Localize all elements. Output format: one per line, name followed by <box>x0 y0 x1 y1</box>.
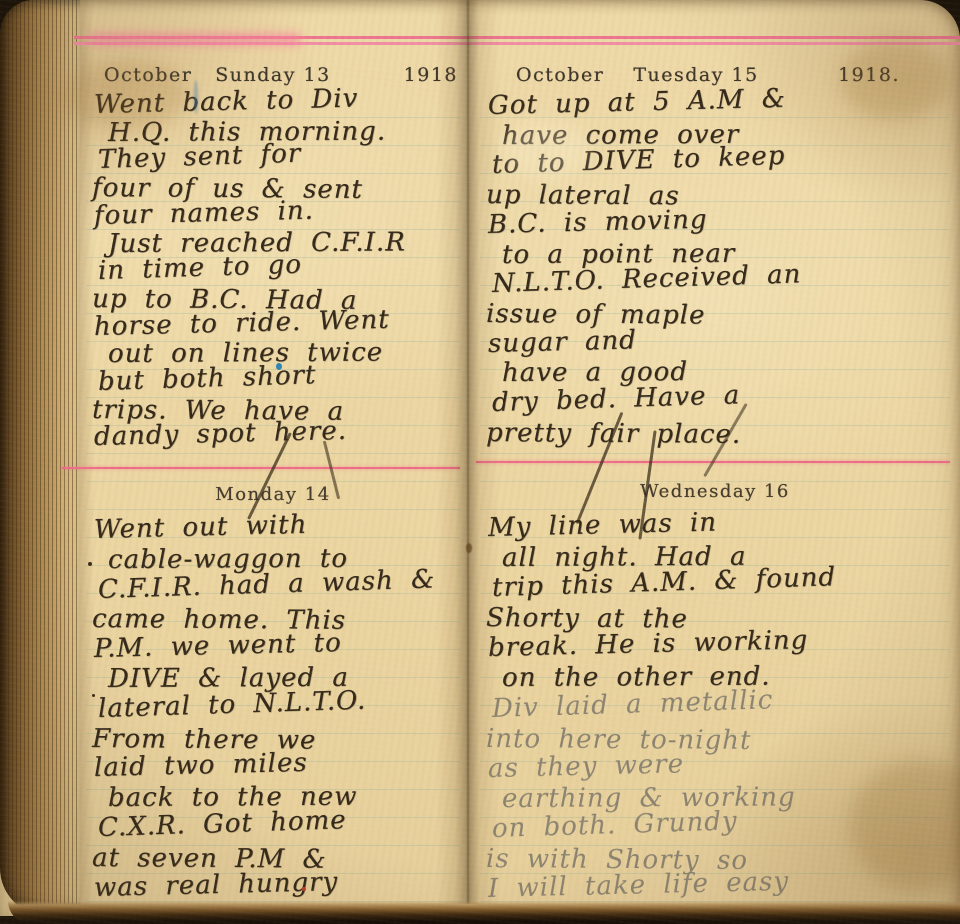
gutter-crease <box>436 0 500 904</box>
month-label: October <box>516 64 604 86</box>
binding-page-stack <box>0 0 80 916</box>
light-patch <box>500 120 590 180</box>
stain <box>60 60 190 130</box>
handwriting-line: four names in. <box>94 194 469 231</box>
stain <box>840 40 950 120</box>
subheader-monday-14: Monday 14 <box>84 484 462 505</box>
ink-dot <box>88 562 92 566</box>
handwriting-line: My line was in <box>488 502 959 544</box>
entry-sunday-13: Went back to DivH.Q. this morning.They s… <box>92 92 468 452</box>
divider-left-page <box>62 467 460 469</box>
handwriting-line: P.M. we went to <box>94 626 469 665</box>
day-label: Tuesday 15 <box>633 64 758 86</box>
red-speck <box>302 887 306 891</box>
blue-smudge <box>194 80 198 114</box>
page-left: October Sunday 13 1918 Went back to DivH… <box>84 0 462 924</box>
bottom-page-edges <box>8 901 960 924</box>
subheader-wednesday-16: Wednesday 16 <box>478 481 952 502</box>
handwriting-line: horse to ride. Went <box>94 304 469 341</box>
gutter-nick <box>466 543 472 553</box>
blue-ink-speck <box>276 363 282 370</box>
handwriting-line: laid two miles <box>94 745 469 784</box>
handwriting-line: Went out with <box>94 507 469 546</box>
entry-monday-14: Went out withcable-waggon toC.F.I.R. had… <box>92 516 468 903</box>
diary-scan: October Sunday 13 1918 Went back to DivH… <box>0 0 960 924</box>
ink-dot <box>92 694 95 697</box>
day-label: Sunday 13 <box>215 64 330 86</box>
